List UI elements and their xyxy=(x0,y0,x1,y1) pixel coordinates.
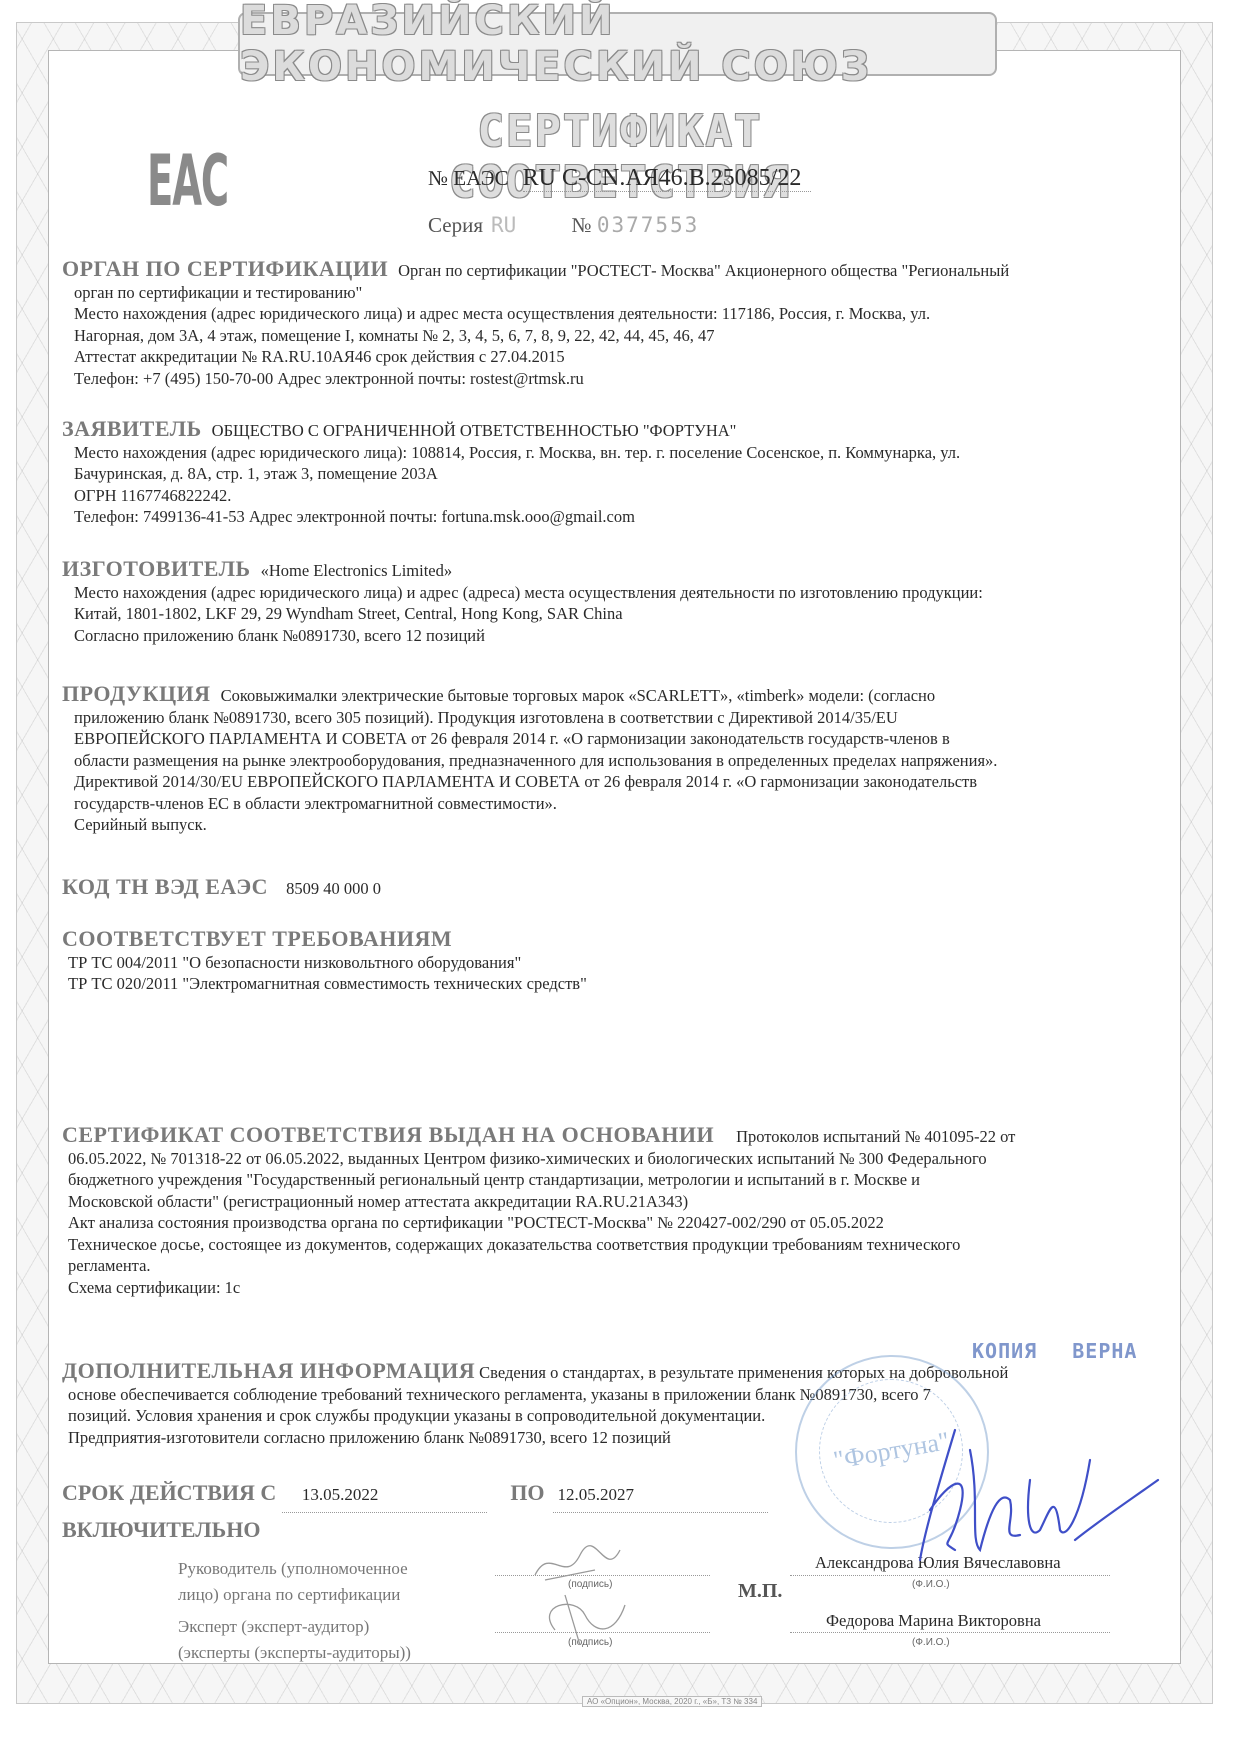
section-applicant: ЗАЯВИТЕЛЬОБЩЕСТВО С ОГРАНИЧЕННОЙ ОТВЕТСТ… xyxy=(62,418,1152,528)
text-line: Московской области" (регистрационный ном… xyxy=(62,1191,1152,1213)
expert-label-line: (эксперты (эксперты-аудиторы)) xyxy=(178,1640,411,1666)
text-line: Серийный выпуск. xyxy=(62,814,1152,836)
text-line: Директивой 2014/30/EU ЕВРОПЕЙСКОГО ПАРЛА… xyxy=(62,771,1152,793)
section-requirements: СООТВЕТСТВУЕТ ТРЕБОВАНИЯМ ТР ТС 004/2011… xyxy=(62,928,1152,995)
text-line: Телефон: +7 (495) 150-70-00 Адрес электр… xyxy=(62,368,1152,390)
registration-number-label: № ЕАЭС xyxy=(428,166,509,190)
section-certification-body: ОРГАН ПО СЕРТИФИКАЦИИОрган по сертификац… xyxy=(62,258,1152,389)
validity-from-date: 13.05.2022 xyxy=(282,1478,487,1513)
section-heading: ОРГАН ПО СЕРТИФИКАЦИИ xyxy=(62,256,388,281)
section-heading: ИЗГОТОВИТЕЛЬ xyxy=(62,556,251,581)
text-line: Техническое досье, состоящее из документ… xyxy=(62,1234,1152,1256)
text-line: Нагорная, дом 3А, 4 этаж, помещение I, к… xyxy=(62,325,1152,347)
validity-to-label: ПО xyxy=(510,1480,544,1505)
printer-mark: АО «Опцион», Москва, 2020 г., «Б», ТЗ № … xyxy=(582,1696,762,1707)
text-line: Аттестат аккредитации № RA.RU.10АЯ46 сро… xyxy=(62,346,1152,368)
registration-number: № ЕАЭСRU C-CN.АЯ46.В.25085/22 xyxy=(428,165,811,192)
copy-true-stamp: КОПИЯ ВЕРНА xyxy=(972,1339,1137,1363)
text-line: Китай, 1801-1802, LKF 29, 29 Wyndham Str… xyxy=(62,603,1152,625)
section-products: ПРОДУКЦИЯСоковыжималки электрические быт… xyxy=(62,683,1152,836)
text-line: бюджетного учреждения "Государственный р… xyxy=(62,1169,1152,1191)
expert-name-caption: (Ф.И.О.) xyxy=(912,1637,950,1648)
text-line: Телефон: 7499136-41-53 Адрес электронной… xyxy=(62,506,1152,528)
eac-logo: EAC xyxy=(147,146,228,216)
text-line: государств-членов ЕС в области электрома… xyxy=(62,793,1152,815)
text-line: «Home Electronics Limited» xyxy=(261,561,453,580)
blank-number-value: 0377553 xyxy=(597,213,700,237)
text-line: орган по сертификации и тестированию" xyxy=(62,282,1152,304)
blank-number-label: № xyxy=(572,213,592,237)
section-heading: СЕРТИФИКАТ СООТВЕТСТВИЯ ВЫДАН НА ОСНОВАН… xyxy=(62,1122,714,1147)
text-line: приложению бланк №0891730, всего 305 поз… xyxy=(62,707,1152,729)
blank-series: СерияRU № 0377553 xyxy=(428,213,699,238)
expert-label-line: Эксперт (эксперт-аудитор) xyxy=(178,1614,411,1640)
text-line: Протоколов испытаний № 401095-22 от xyxy=(736,1127,1015,1146)
text-line: 06.05.2022, № 701318-22 от 06.05.2022, в… xyxy=(62,1148,1152,1170)
text-line: основе обеспечивается соблюдение требова… xyxy=(62,1384,1152,1406)
text-line: регламента. xyxy=(62,1255,1152,1277)
expert-name-line xyxy=(790,1632,1110,1633)
certificate-title: СЕРТИФИКАТ СООТВЕТСТВИЯ xyxy=(340,106,900,208)
section-heading: ПРОДУКЦИЯ xyxy=(62,681,211,706)
expert-name: Федорова Марина Викторовна xyxy=(826,1611,1041,1631)
seal-place-label: М.П. xyxy=(738,1580,782,1603)
text-line: ОБЩЕСТВО С ОГРАНИЧЕННОЙ ОТВЕТСТВЕННОСТЬЮ… xyxy=(212,421,737,440)
head-name-line xyxy=(790,1575,1110,1576)
text-line: области размещения на рынке электрообору… xyxy=(62,750,1152,772)
head-handwritten-signature xyxy=(525,1535,645,1655)
head-signatory-label: Руководитель (уполномоченное лицо) орган… xyxy=(178,1556,408,1608)
validity-inclusive-label: ВКЛЮЧИТЕЛЬНО xyxy=(62,1513,768,1547)
blue-ink-signature xyxy=(900,1420,1160,1570)
union-banner: ЕВРАЗИЙСКИЙ ЭКОНОМИЧЕСКИЙ СОЮЗ xyxy=(238,12,997,76)
expert-signatory-label: Эксперт (эксперт-аудитор) (эксперты (экс… xyxy=(178,1614,411,1666)
text-line: Согласно приложению бланк №0891730, всег… xyxy=(62,625,1152,647)
union-banner-text: ЕВРАЗИЙСКИЙ ЭКОНОМИЧЕСКИЙ СОЮЗ xyxy=(240,0,995,90)
validity-from-label: СРОК ДЕЙСТВИЯ С xyxy=(62,1480,276,1505)
section-heading: КОД ТН ВЭД ЕАЭС xyxy=(62,874,268,899)
text-line: ОГРН 1167746822242. xyxy=(62,485,1152,507)
validity-period: СРОК ДЕЙСТВИЯ С 13.05.2022 ПО12.05.2027 … xyxy=(62,1476,768,1547)
text-line: Схема сертификации: 1с xyxy=(62,1277,1152,1299)
head-name-caption: (Ф.И.О.) xyxy=(912,1579,950,1590)
section-issued-basis: СЕРТИФИКАТ СООТВЕТСТВИЯ ВЫДАН НА ОСНОВАН… xyxy=(62,1124,1152,1298)
text-line: ТР ТС 004/2011 "О безопасности низковоль… xyxy=(62,952,1152,974)
text-line: Орган по сертификации "РОСТЕСТ- Москва" … xyxy=(398,261,1009,280)
series-value: RU xyxy=(491,213,516,237)
text-line: Место нахождения (адрес юридического лиц… xyxy=(62,582,1152,604)
text-line: Акт анализа состояния производства орган… xyxy=(62,1212,1152,1234)
series-label: Серия xyxy=(428,213,483,237)
section-heading: СООТВЕТСТВУЕТ ТРЕБОВАНИЯМ xyxy=(62,926,452,951)
head-label-line: Руководитель (уполномоченное xyxy=(178,1556,408,1582)
text-line: Место нахождения (адрес юридического лиц… xyxy=(62,303,1152,325)
section-heading: ЗАЯВИТЕЛЬ xyxy=(62,416,202,441)
text-line: ТР ТС 020/2011 "Электромагнитная совмест… xyxy=(62,973,1152,995)
hs-code-value: 8509 40 000 0 xyxy=(286,879,381,898)
head-label-line: лицо) органа по сертификации xyxy=(178,1582,408,1608)
validity-to-date: 12.05.2027 xyxy=(553,1478,768,1513)
text-line: Место нахождения (адрес юридического лиц… xyxy=(62,442,1152,464)
section-heading: ДОПОЛНИТЕЛЬНАЯ ИНФОРМАЦИЯ xyxy=(62,1358,475,1383)
registration-number-value: RU C-CN.АЯ46.В.25085/22 xyxy=(523,165,812,192)
text-line: Бачуринская, д. 8А, стр. 1, этаж 3, поме… xyxy=(62,463,1152,485)
section-manufacturer: ИЗГОТОВИТЕЛЬ«Home Electronics Limited» М… xyxy=(62,558,1152,646)
text-line: ЕВРОПЕЙСКОГО ПАРЛАМЕНТА И СОВЕТА от 26 ф… xyxy=(62,728,1152,750)
text-line: Соковыжималки электрические бытовые торг… xyxy=(221,686,936,705)
section-hs-code: КОД ТН ВЭД ЕАЭС8509 40 000 0 xyxy=(62,876,1152,900)
